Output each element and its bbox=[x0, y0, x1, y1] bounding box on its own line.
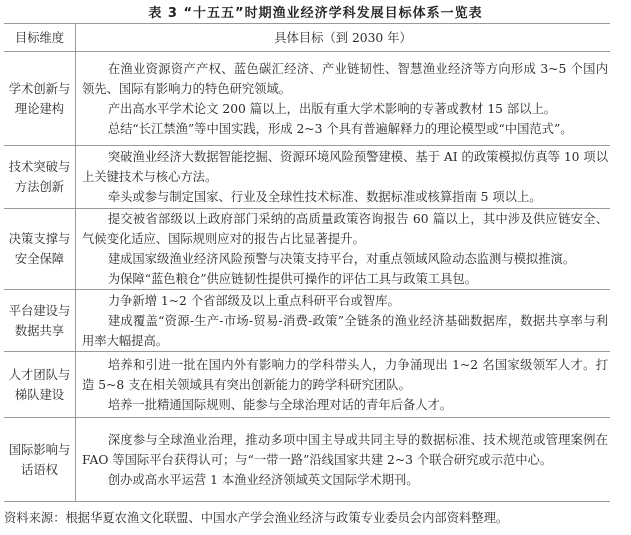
source-note: 资料来源：根据华夏农渔文化联盟、中国水产学会渔业经济与政策专业委员会内部资料整理… bbox=[4, 508, 508, 526]
row-goals: 培养和引进一批在国内外有影响力的学科带头人，力争涌现出 1~2 名国家级领军人才… bbox=[76, 352, 611, 418]
row-goals: 深度参与全球渔业治理，推动多项中国主导或共同主导的数据标准、技术规范或管理案例在… bbox=[76, 418, 611, 502]
goal-paragraph: 突破渔业经济大数据智能挖掘、资源环境风险预警建模、基于 AI 的政策模拟仿真等 … bbox=[82, 147, 608, 187]
table-title: 表 3 “十五五”时期渔业经济学科发展目标体系一览表 bbox=[0, 2, 631, 21]
goal-paragraph: 培养和引进一批在国内外有影响力的学科带头人，力争涌现出 1~2 名国家级领军人才… bbox=[82, 355, 608, 395]
goal-paragraph: 培养一批精通国际规则、能参与全球治理对话的青年后备人才。 bbox=[82, 395, 608, 415]
row-dimension: 学术创新与 理论建构 bbox=[4, 52, 76, 146]
table-row: 人才团队与 梯队建设 培养和引进一批在国内外有影响力的学科带头人，力争涌现出 1… bbox=[4, 352, 610, 418]
goal-paragraph: 产出高水平学术论文 200 篇以上，出版有重大学术影响的专著或教材 15 部以上… bbox=[82, 99, 608, 119]
row-dimension: 平台建设与 数据共享 bbox=[4, 290, 76, 352]
goals-table: 目标维度 具体目标（到 2030 年） 学术创新与 理论建构 在渔业资源资产产权… bbox=[4, 23, 610, 502]
goal-paragraph: 总结“长江禁渔”等中国实践，形成 2~3 个具有普遍解释力的理论模型或“中国范式… bbox=[82, 119, 608, 139]
goal-paragraph: 在渔业资源资产产权、蓝色碳汇经济、产业链韧性、智慧渔业经济等方向形成 3~5 个… bbox=[82, 59, 608, 99]
goal-paragraph: 创办或高水平运营 1 本渔业经济领域英文国际学术期刊。 bbox=[82, 470, 608, 490]
table-header-row: 目标维度 具体目标（到 2030 年） bbox=[4, 24, 610, 52]
goal-paragraph: 提交被省部级以上政府部门采纳的高质量政策咨询报告 60 篇以上，其中涉及供应链安… bbox=[82, 209, 608, 249]
goal-paragraph: 深度参与全球渔业治理，推动多项中国主导或共同主导的数据标准、技术规范或管理案例在… bbox=[82, 430, 608, 470]
header-goals: 具体目标（到 2030 年） bbox=[76, 24, 611, 52]
row-dimension: 国际影响与 话语权 bbox=[4, 418, 76, 502]
row-goals: 提交被省部级以上政府部门采纳的高质量政策咨询报告 60 篇以上，其中涉及供应链安… bbox=[76, 209, 611, 290]
table-row: 国际影响与 话语权 深度参与全球渔业治理，推动多项中国主导或共同主导的数据标准、… bbox=[4, 418, 610, 502]
table-row: 平台建设与 数据共享 力争新增 1~2 个省部级及以上重点科研平台或智库。 建成… bbox=[4, 290, 610, 352]
table-row: 决策支撑与 安全保障 提交被省部级以上政府部门采纳的高质量政策咨询报告 60 篇… bbox=[4, 209, 610, 290]
goal-paragraph: 建成国家级渔业经济风险预警与决策支持平台，对重点领域风险动态监测与模拟推演。 bbox=[82, 249, 608, 269]
goal-paragraph: 力争新增 1~2 个省部级及以上重点科研平台或智库。 bbox=[82, 291, 608, 311]
table-row: 技术突破与 方法创新 突破渔业经济大数据智能挖掘、资源环境风险预警建模、基于 A… bbox=[4, 146, 610, 209]
row-dimension: 决策支撑与 安全保障 bbox=[4, 209, 76, 290]
row-goals: 突破渔业经济大数据智能挖掘、资源环境风险预警建模、基于 AI 的政策模拟仿真等 … bbox=[76, 146, 611, 209]
row-dimension: 人才团队与 梯队建设 bbox=[4, 352, 76, 418]
header-dimension: 目标维度 bbox=[4, 24, 76, 52]
table-row: 学术创新与 理论建构 在渔业资源资产产权、蓝色碳汇经济、产业链韧性、智慧渔业经济… bbox=[4, 52, 610, 146]
goal-paragraph: 为保障“蓝色粮仓”供应链韧性提供可操作的评估工具与政策工具包。 bbox=[82, 269, 608, 289]
row-goals: 力争新增 1~2 个省部级及以上重点科研平台或智库。 建成覆盖“资源-生产-市场… bbox=[76, 290, 611, 352]
row-dimension: 技术突破与 方法创新 bbox=[4, 146, 76, 209]
goal-paragraph: 牵头或参与制定国家、行业及全球性技术标准、数据标准或核算指南 5 项以上。 bbox=[82, 187, 608, 207]
goal-paragraph: 建成覆盖“资源-生产-市场-贸易-消费-政策”全链条的渔业经济基础数据库，数据共… bbox=[82, 311, 608, 351]
row-goals: 在渔业资源资产产权、蓝色碳汇经济、产业链韧性、智慧渔业经济等方向形成 3~5 个… bbox=[76, 52, 611, 146]
